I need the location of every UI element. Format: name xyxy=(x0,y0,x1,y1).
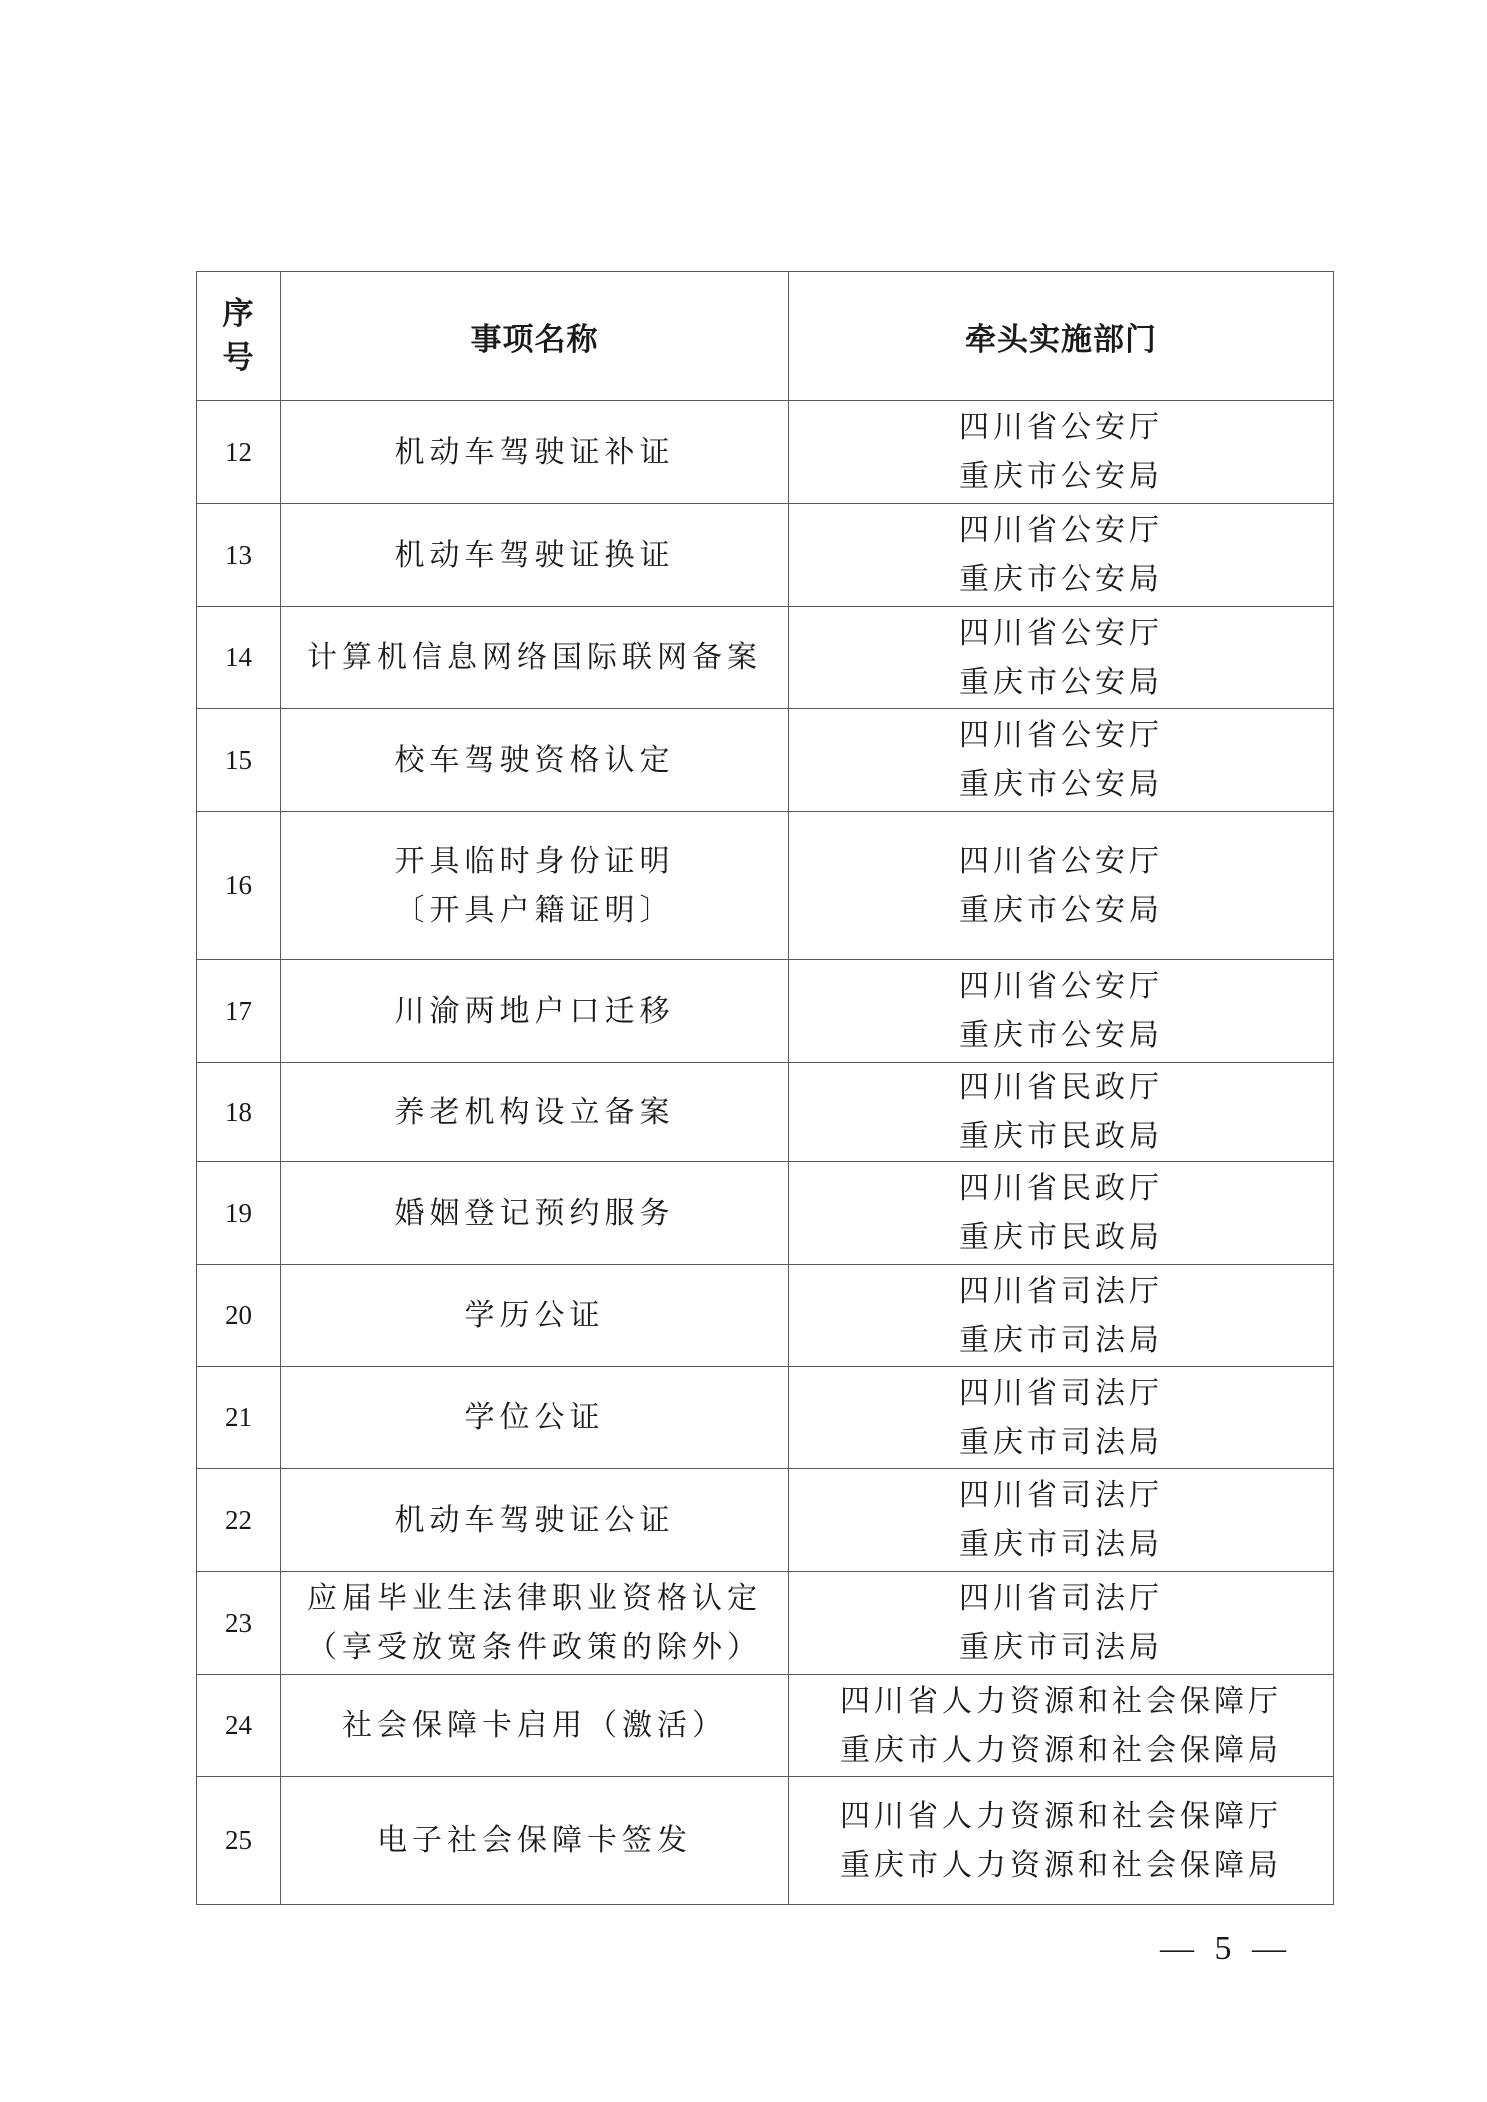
serial-number-cell: 17 xyxy=(197,960,281,1063)
item-name-line: 川渝两地户口迁移 xyxy=(281,987,788,1036)
lead-department-cell: 四川省人力资源和社会保障厅重庆市人力资源和社会保障局 xyxy=(789,1675,1334,1777)
lead-department-cell: 四川省司法厅重庆市司法局 xyxy=(789,1469,1334,1572)
department-line: 四川省司法厅 xyxy=(789,1369,1333,1418)
item-name-line: 开具临时身份证明 xyxy=(281,837,788,886)
item-name-line: 学历公证 xyxy=(281,1291,788,1340)
table-row: 16开具临时身份证明〔开具户籍证明〕四川省公安厅重庆市公安局 xyxy=(197,812,1334,960)
item-name-cell: 计算机信息网络国际联网备案 xyxy=(281,607,789,709)
item-name-line: 机动车驾驶证公证 xyxy=(281,1496,788,1545)
department-line: 重庆市人力资源和社会保障局 xyxy=(789,1841,1333,1890)
department-line: 四川省司法厅 xyxy=(789,1267,1333,1316)
lead-department-cell: 四川省民政厅重庆市民政局 xyxy=(789,1063,1334,1162)
department-line: 四川省公安厅 xyxy=(789,837,1333,886)
header-item-name: 事项名称 xyxy=(281,272,789,401)
item-name-line: 应届毕业生法律职业资格认定 xyxy=(281,1574,788,1623)
table-header-row: 序 号 事项名称 牵头实施部门 xyxy=(197,272,1334,401)
lead-department-cell: 四川省公安厅重庆市公安局 xyxy=(789,709,1334,812)
department-line: 重庆市司法局 xyxy=(789,1418,1333,1467)
item-name-line: 电子社会保障卡签发 xyxy=(281,1816,788,1865)
department-line: 重庆市民政局 xyxy=(789,1213,1333,1262)
table-row: 14计算机信息网络国际联网备案四川省公安厅重庆市公安局 xyxy=(197,607,1334,709)
item-name-cell: 开具临时身份证明〔开具户籍证明〕 xyxy=(281,812,789,960)
serial-number-cell: 25 xyxy=(197,1777,281,1905)
items-table: 序 号 事项名称 牵头实施部门 12机动车驾驶证补证四川省公安厅重庆市公安局13… xyxy=(196,271,1334,1905)
item-name-line: 〔开具户籍证明〕 xyxy=(281,886,788,935)
table-row: 13机动车驾驶证换证四川省公安厅重庆市公安局 xyxy=(197,504,1334,607)
lead-department-cell: 四川省民政厅重庆市民政局 xyxy=(789,1162,1334,1265)
department-line: 四川省人力资源和社会保障厅 xyxy=(789,1677,1333,1726)
item-name-line: 机动车驾驶证换证 xyxy=(281,531,788,580)
lead-department-cell: 四川省人力资源和社会保障厅重庆市人力资源和社会保障局 xyxy=(789,1777,1334,1905)
page-number: — 5 — xyxy=(1160,1930,1292,1968)
department-line: 四川省司法厅 xyxy=(789,1574,1333,1623)
table-row: 24社会保障卡启用（激活）四川省人力资源和社会保障厅重庆市人力资源和社会保障局 xyxy=(197,1675,1334,1777)
department-line: 四川省公安厅 xyxy=(789,403,1333,452)
department-line: 重庆市公安局 xyxy=(789,760,1333,809)
serial-number-cell: 20 xyxy=(197,1265,281,1367)
serial-number-cell: 24 xyxy=(197,1675,281,1777)
item-name-cell: 机动车驾驶证补证 xyxy=(281,401,789,504)
serial-number-cell: 14 xyxy=(197,607,281,709)
lead-department-cell: 四川省公安厅重庆市公安局 xyxy=(789,960,1334,1063)
item-name-cell: 应届毕业生法律职业资格认定（享受放宽条件政策的除外） xyxy=(281,1572,789,1675)
item-name-line: 婚姻登记预约服务 xyxy=(281,1189,788,1238)
header-lead-department: 牵头实施部门 xyxy=(789,272,1334,401)
department-line: 四川省民政厅 xyxy=(789,1063,1333,1112)
department-line: 重庆市人力资源和社会保障局 xyxy=(789,1726,1333,1775)
item-name-cell: 养老机构设立备案 xyxy=(281,1063,789,1162)
item-name-line: 计算机信息网络国际联网备案 xyxy=(281,633,788,682)
serial-number-cell: 16 xyxy=(197,812,281,960)
serial-number-cell: 12 xyxy=(197,401,281,504)
table-row: 17川渝两地户口迁移四川省公安厅重庆市公安局 xyxy=(197,960,1334,1063)
table-row: 18养老机构设立备案四川省民政厅重庆市民政局 xyxy=(197,1063,1334,1162)
item-name-cell: 学位公证 xyxy=(281,1367,789,1469)
table-row: 21学位公证四川省司法厅重庆市司法局 xyxy=(197,1367,1334,1469)
header-serial-line2: 号 xyxy=(197,336,280,380)
item-name-cell: 川渝两地户口迁移 xyxy=(281,960,789,1063)
serial-number-cell: 13 xyxy=(197,504,281,607)
lead-department-cell: 四川省司法厅重庆市司法局 xyxy=(789,1367,1334,1469)
department-line: 四川省人力资源和社会保障厅 xyxy=(789,1792,1333,1841)
table-row: 20学历公证四川省司法厅重庆市司法局 xyxy=(197,1265,1334,1367)
item-name-cell: 电子社会保障卡签发 xyxy=(281,1777,789,1905)
header-serial-number: 序 号 xyxy=(197,272,281,401)
lead-department-cell: 四川省司法厅重庆市司法局 xyxy=(789,1572,1334,1675)
serial-number-cell: 18 xyxy=(197,1063,281,1162)
serial-number-cell: 21 xyxy=(197,1367,281,1469)
department-line: 四川省民政厅 xyxy=(789,1164,1333,1213)
department-line: 四川省公安厅 xyxy=(789,962,1333,1011)
department-line: 重庆市公安局 xyxy=(789,1011,1333,1060)
department-line: 重庆市公安局 xyxy=(789,658,1333,707)
item-name-line: 机动车驾驶证补证 xyxy=(281,428,788,477)
table-body: 12机动车驾驶证补证四川省公安厅重庆市公安局13机动车驾驶证换证四川省公安厅重庆… xyxy=(197,401,1334,1905)
item-name-cell: 社会保障卡启用（激活） xyxy=(281,1675,789,1777)
department-line: 重庆市民政局 xyxy=(789,1112,1333,1161)
department-line: 四川省公安厅 xyxy=(789,711,1333,760)
lead-department-cell: 四川省公安厅重庆市公安局 xyxy=(789,607,1334,709)
table-row: 19婚姻登记预约服务四川省民政厅重庆市民政局 xyxy=(197,1162,1334,1265)
lead-department-cell: 四川省公安厅重庆市公安局 xyxy=(789,401,1334,504)
department-line: 重庆市司法局 xyxy=(789,1316,1333,1365)
item-name-line: 社会保障卡启用（激活） xyxy=(281,1701,788,1750)
department-line: 重庆市司法局 xyxy=(789,1623,1333,1672)
item-name-line: 校车驾驶资格认定 xyxy=(281,736,788,785)
department-line: 四川省公安厅 xyxy=(789,609,1333,658)
table-row: 12机动车驾驶证补证四川省公安厅重庆市公安局 xyxy=(197,401,1334,504)
serial-number-cell: 22 xyxy=(197,1469,281,1572)
serial-number-cell: 19 xyxy=(197,1162,281,1265)
serial-number-cell: 15 xyxy=(197,709,281,812)
item-name-cell: 机动车驾驶证换证 xyxy=(281,504,789,607)
item-name-cell: 学历公证 xyxy=(281,1265,789,1367)
item-name-cell: 机动车驾驶证公证 xyxy=(281,1469,789,1572)
serial-number-cell: 23 xyxy=(197,1572,281,1675)
department-line: 重庆市公安局 xyxy=(789,886,1333,935)
table-row: 23应届毕业生法律职业资格认定（享受放宽条件政策的除外）四川省司法厅重庆市司法局 xyxy=(197,1572,1334,1675)
lead-department-cell: 四川省公安厅重庆市公安局 xyxy=(789,812,1334,960)
table-row: 25电子社会保障卡签发四川省人力资源和社会保障厅重庆市人力资源和社会保障局 xyxy=(197,1777,1334,1905)
item-name-line: 养老机构设立备案 xyxy=(281,1088,788,1137)
department-line: 重庆市司法局 xyxy=(789,1520,1333,1569)
department-line: 四川省公安厅 xyxy=(789,506,1333,555)
lead-department-cell: 四川省公安厅重庆市公安局 xyxy=(789,504,1334,607)
department-line: 四川省司法厅 xyxy=(789,1471,1333,1520)
item-name-cell: 婚姻登记预约服务 xyxy=(281,1162,789,1265)
table-row: 22机动车驾驶证公证四川省司法厅重庆市司法局 xyxy=(197,1469,1334,1572)
department-line: 重庆市公安局 xyxy=(789,555,1333,604)
header-serial-line1: 序 xyxy=(197,292,280,336)
item-name-line: （享受放宽条件政策的除外） xyxy=(281,1623,788,1672)
table-row: 15校车驾驶资格认定四川省公安厅重庆市公安局 xyxy=(197,709,1334,812)
item-name-cell: 校车驾驶资格认定 xyxy=(281,709,789,812)
lead-department-cell: 四川省司法厅重庆市司法局 xyxy=(789,1265,1334,1367)
department-line: 重庆市公安局 xyxy=(789,452,1333,501)
item-name-line: 学位公证 xyxy=(281,1393,788,1442)
